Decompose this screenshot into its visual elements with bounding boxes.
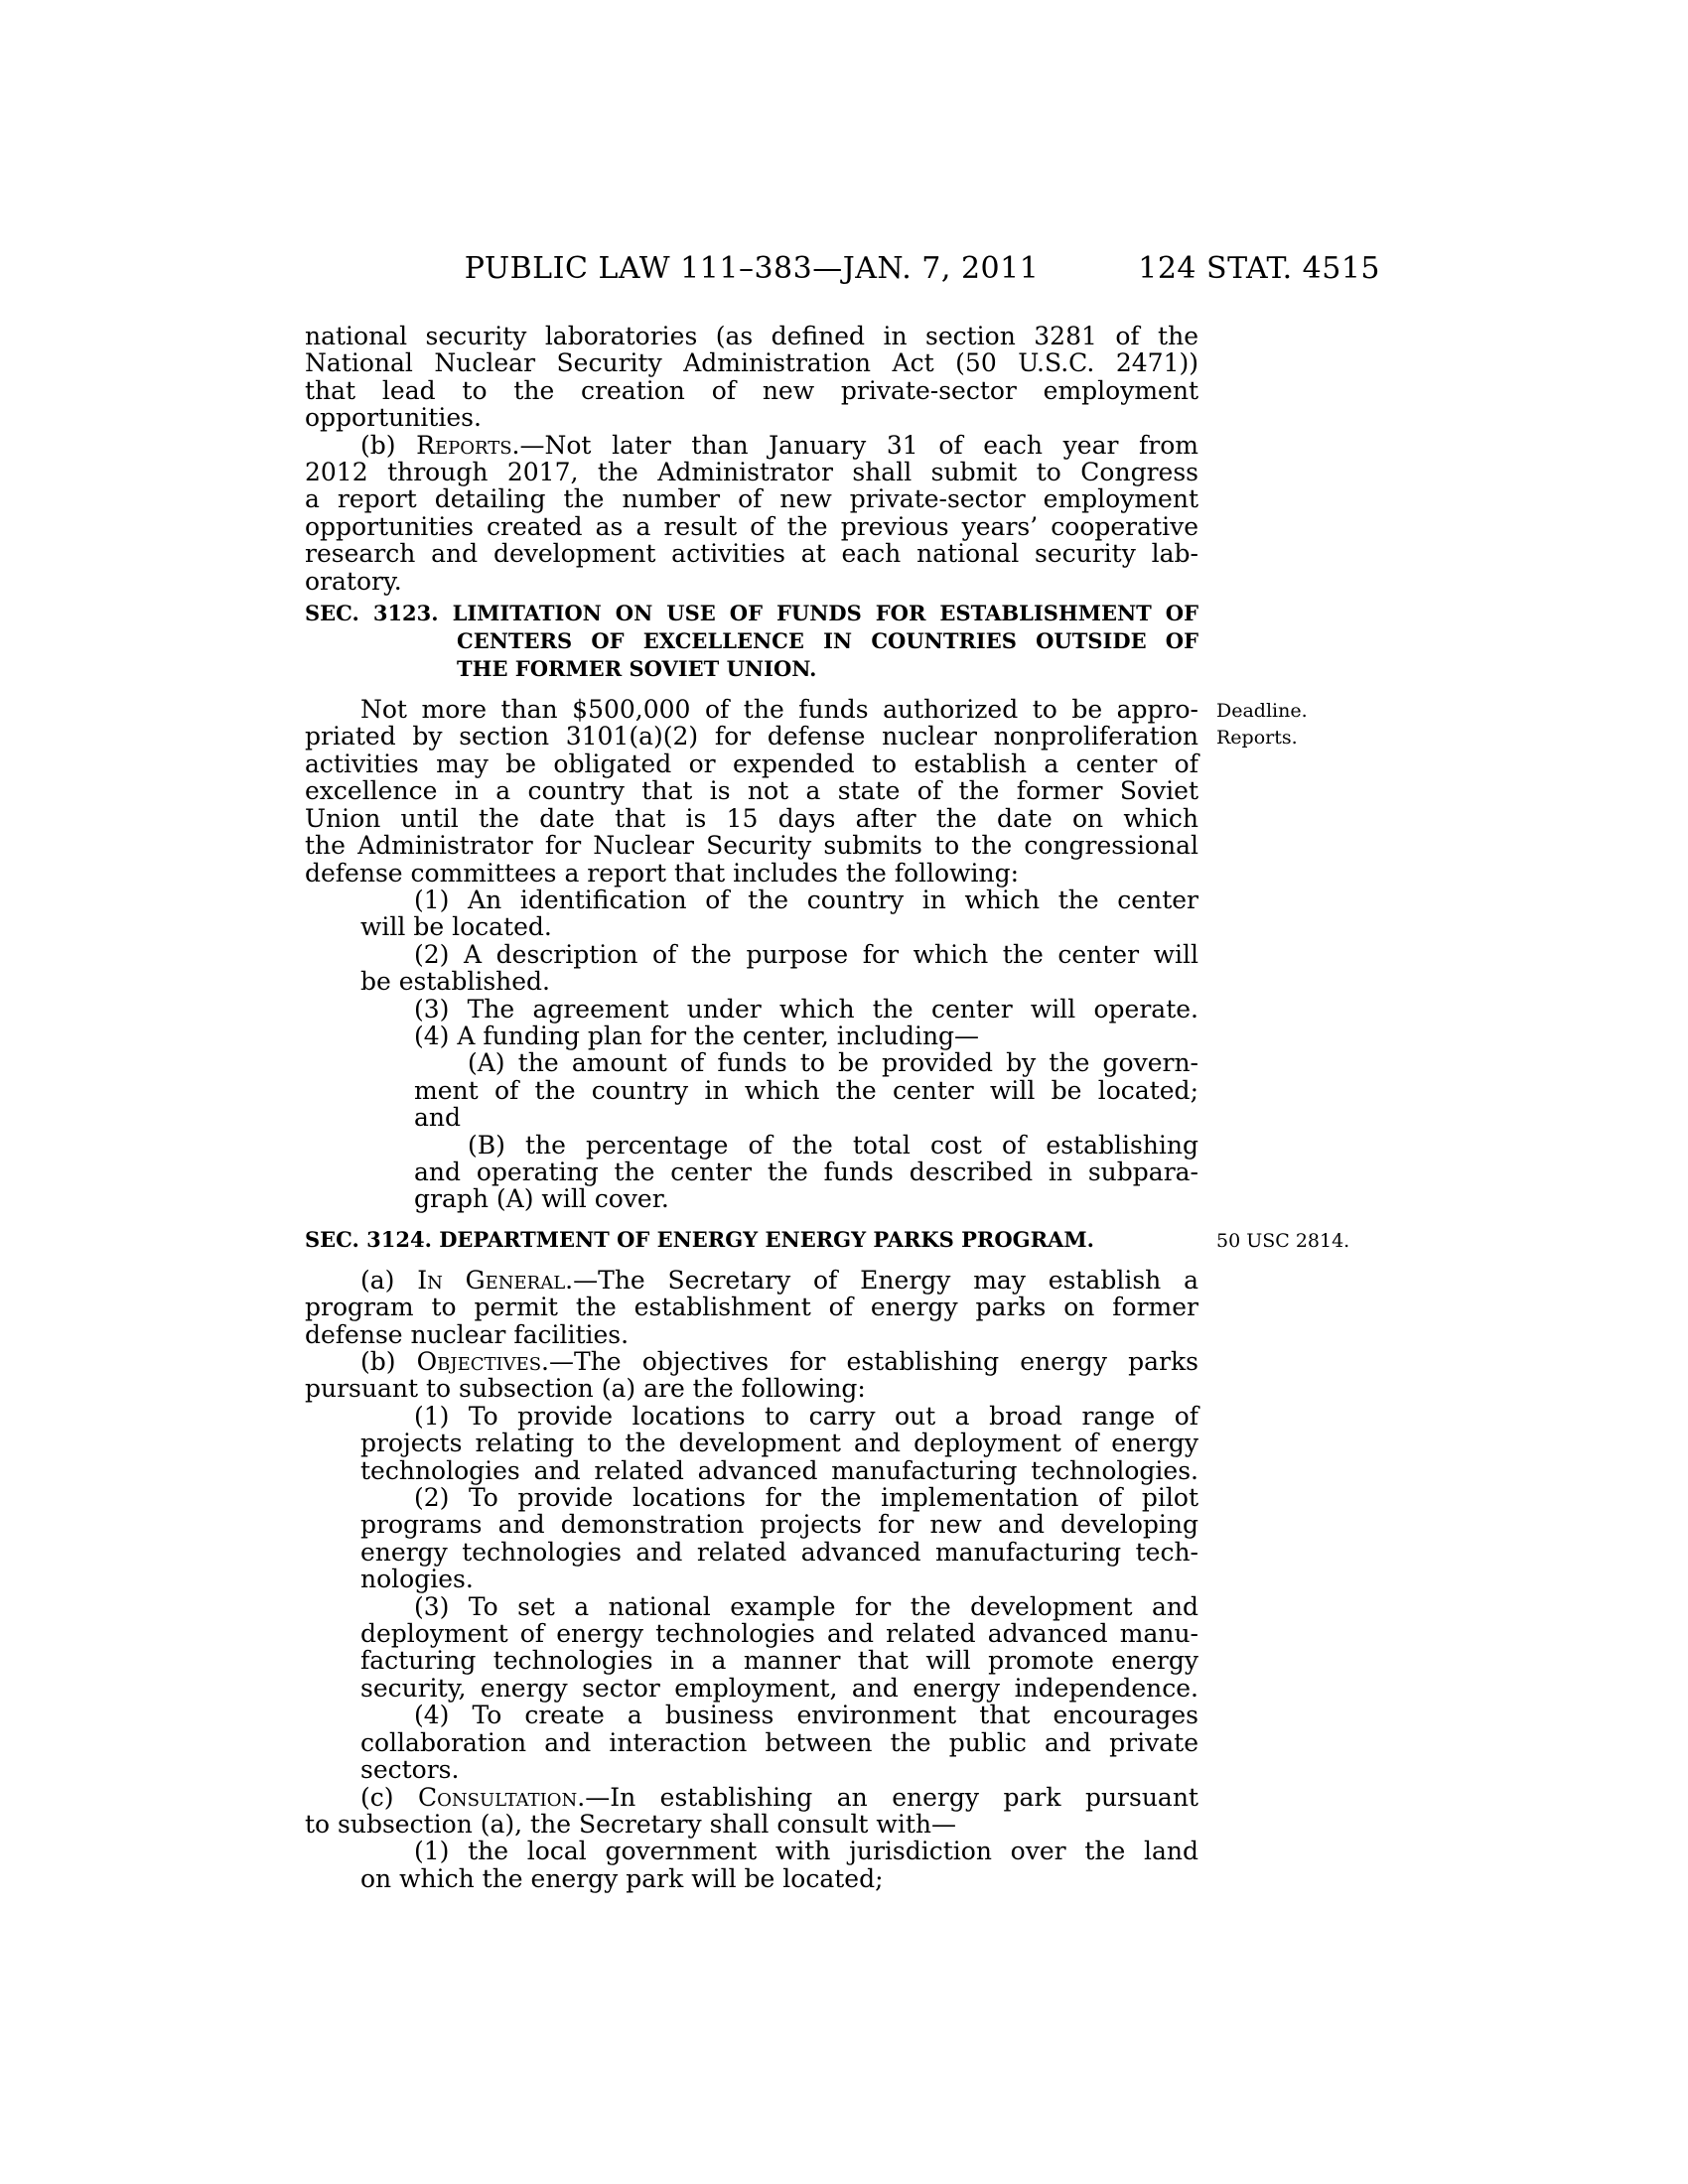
text-line: nologies.: [305, 1566, 1198, 1592]
text-line: energy technologies and related advanced…: [305, 1539, 1198, 1566]
text-line: (b) Objectives.—The objectives for estab…: [305, 1348, 1198, 1375]
small-caps-label: Consultation.: [418, 1783, 585, 1812]
statute-page: PUBLIC LAW 111–383—JAN. 7, 2011 124 STAT…: [0, 0, 1688, 2184]
margin-note: Deadline.Reports.: [1216, 698, 1534, 751]
text-line: 2012 through 2017, the Administrator sha…: [305, 459, 1198, 485]
text-line: be established.: [305, 968, 1198, 995]
section-heading-line: CENTERS OF EXCELLENCE IN COUNTRIES OUTSI…: [305, 627, 1198, 655]
text-line: on which the energy park will be located…: [305, 1865, 1198, 1892]
text-line: activities may be obligated or expended …: [305, 751, 1198, 777]
text-line: security, energy sector employment, and …: [305, 1675, 1198, 1702]
text-segment: (c): [360, 1783, 418, 1812]
paragraph-block: (a) In General.—The Secretary of Energy …: [305, 1267, 1198, 1892]
text-line: the Administrator for Nuclear Security s…: [305, 832, 1198, 859]
text-line: programs and demonstration projects for …: [305, 1511, 1198, 1538]
page-header-stat-number: 124 STAT. 4515: [1138, 251, 1380, 287]
text-segment: —The Secretary of Energy may establish a: [573, 1266, 1198, 1295]
text-line: national security laboratories (as defin…: [305, 323, 1198, 349]
small-caps-label: Objectives.: [417, 1347, 549, 1376]
margin-note-line: Reports.: [1216, 725, 1534, 751]
section-heading: SEC. 3124. DEPARTMENT OF ENERGY ENERGY P…: [305, 1226, 1198, 1254]
text-line: projects relating to the development and…: [305, 1430, 1198, 1456]
text-line: (a) In General.—The Secretary of Energy …: [305, 1267, 1198, 1294]
text-line: defense committees a report that include…: [305, 860, 1198, 887]
paragraph-block: national security laboratories (as defin…: [305, 323, 1198, 595]
text-line: (2) A description of the purpose for whi…: [305, 941, 1198, 968]
margin-note: 50 USC 2814.: [1216, 1228, 1534, 1255]
text-segment: —The objectives for establishing energy …: [549, 1347, 1198, 1376]
text-line: excellence in a country that is not a st…: [305, 777, 1198, 804]
text-line: collaboration and interaction between th…: [305, 1729, 1198, 1756]
section-heading-line: SEC. 3124. DEPARTMENT OF ENERGY ENERGY P…: [305, 1226, 1198, 1254]
margin-note-line: Deadline.: [1216, 698, 1534, 725]
text-line: (B) the percentage of the total cost of …: [305, 1132, 1198, 1159]
text-line: (c) Consultation.—In establishing an ene…: [305, 1784, 1198, 1811]
text-line: (1) To provide locations to carry out a …: [305, 1403, 1198, 1430]
text-line: oratory.: [305, 568, 1198, 595]
text-line: opportunities created as a result of the…: [305, 513, 1198, 540]
document-body: national security laboratories (as defin…: [305, 323, 1198, 1892]
small-caps-label: In General.: [417, 1266, 573, 1295]
text-line: priated by section 3101(a)(2) for defens…: [305, 723, 1198, 750]
text-line: will be located.: [305, 913, 1198, 940]
text-segment: (b): [360, 431, 416, 460]
text-line: (4) To create a business environment tha…: [305, 1702, 1198, 1728]
text-line: and: [305, 1104, 1198, 1131]
text-segment: —Not later than January 31 of each year …: [520, 431, 1199, 460]
text-line: and operating the center the funds descr…: [305, 1159, 1198, 1185]
text-line: (4) A funding plan for the center, inclu…: [305, 1023, 1198, 1049]
margin-note-line: 50 USC 2814.: [1216, 1228, 1534, 1255]
text-line: (2) To provide locations for the impleme…: [305, 1484, 1198, 1511]
paragraph-block: Not more than $500,000 of the funds auth…: [305, 696, 1198, 1213]
page-header-law-title: PUBLIC LAW 111–383—JAN. 7, 2011: [305, 251, 1198, 287]
text-line: pursuant to subsection (a) are the follo…: [305, 1375, 1198, 1402]
text-segment: (a): [360, 1266, 417, 1295]
text-line: National Nuclear Security Administration…: [305, 349, 1198, 376]
text-line: sectors.: [305, 1756, 1198, 1783]
text-line: to subsection (a), the Secretary shall c…: [305, 1811, 1198, 1838]
text-line: technologies and related advanced manufa…: [305, 1457, 1198, 1484]
text-line: Not more than $500,000 of the funds auth…: [305, 696, 1198, 723]
text-line: defense nuclear facilities.: [305, 1321, 1198, 1348]
text-line: graph (A) will cover.: [305, 1185, 1198, 1212]
text-line: (A) the amount of funds to be provided b…: [305, 1049, 1198, 1076]
text-line: a report detailing the number of new pri…: [305, 485, 1198, 512]
text-line: facturing technologies in a manner that …: [305, 1647, 1198, 1674]
text-line: ment of the country in which the center …: [305, 1077, 1198, 1104]
text-line: research and development activities at e…: [305, 540, 1198, 567]
text-line: that lead to the creation of new private…: [305, 377, 1198, 404]
small-caps-label: Reports.: [416, 431, 519, 460]
text-line: program to permit the establishment of e…: [305, 1294, 1198, 1320]
text-line: (b) Reports.—Not later than January 31 o…: [305, 432, 1198, 459]
text-line: deployment of energy technologies and re…: [305, 1620, 1198, 1647]
text-line: Union until the date that is 15 days aft…: [305, 805, 1198, 832]
text-line: (1) the local government with jurisdicti…: [305, 1838, 1198, 1864]
section-heading: SEC. 3123. LIMITATION ON USE OF FUNDS FO…: [305, 600, 1198, 683]
text-line: (3) The agreement under which the center…: [305, 996, 1198, 1023]
text-segment: (b): [360, 1347, 417, 1376]
text-line: opportunities.: [305, 404, 1198, 431]
section-heading-line: THE FORMER SOVIET UNION.: [305, 655, 1198, 683]
text-line: (1) An identification of the country in …: [305, 887, 1198, 913]
text-segment: —In establishing an energy park pursuant: [585, 1783, 1198, 1812]
text-line: (3) To set a national example for the de…: [305, 1593, 1198, 1620]
section-heading-line: SEC. 3123. LIMITATION ON USE OF FUNDS FO…: [305, 600, 1198, 627]
